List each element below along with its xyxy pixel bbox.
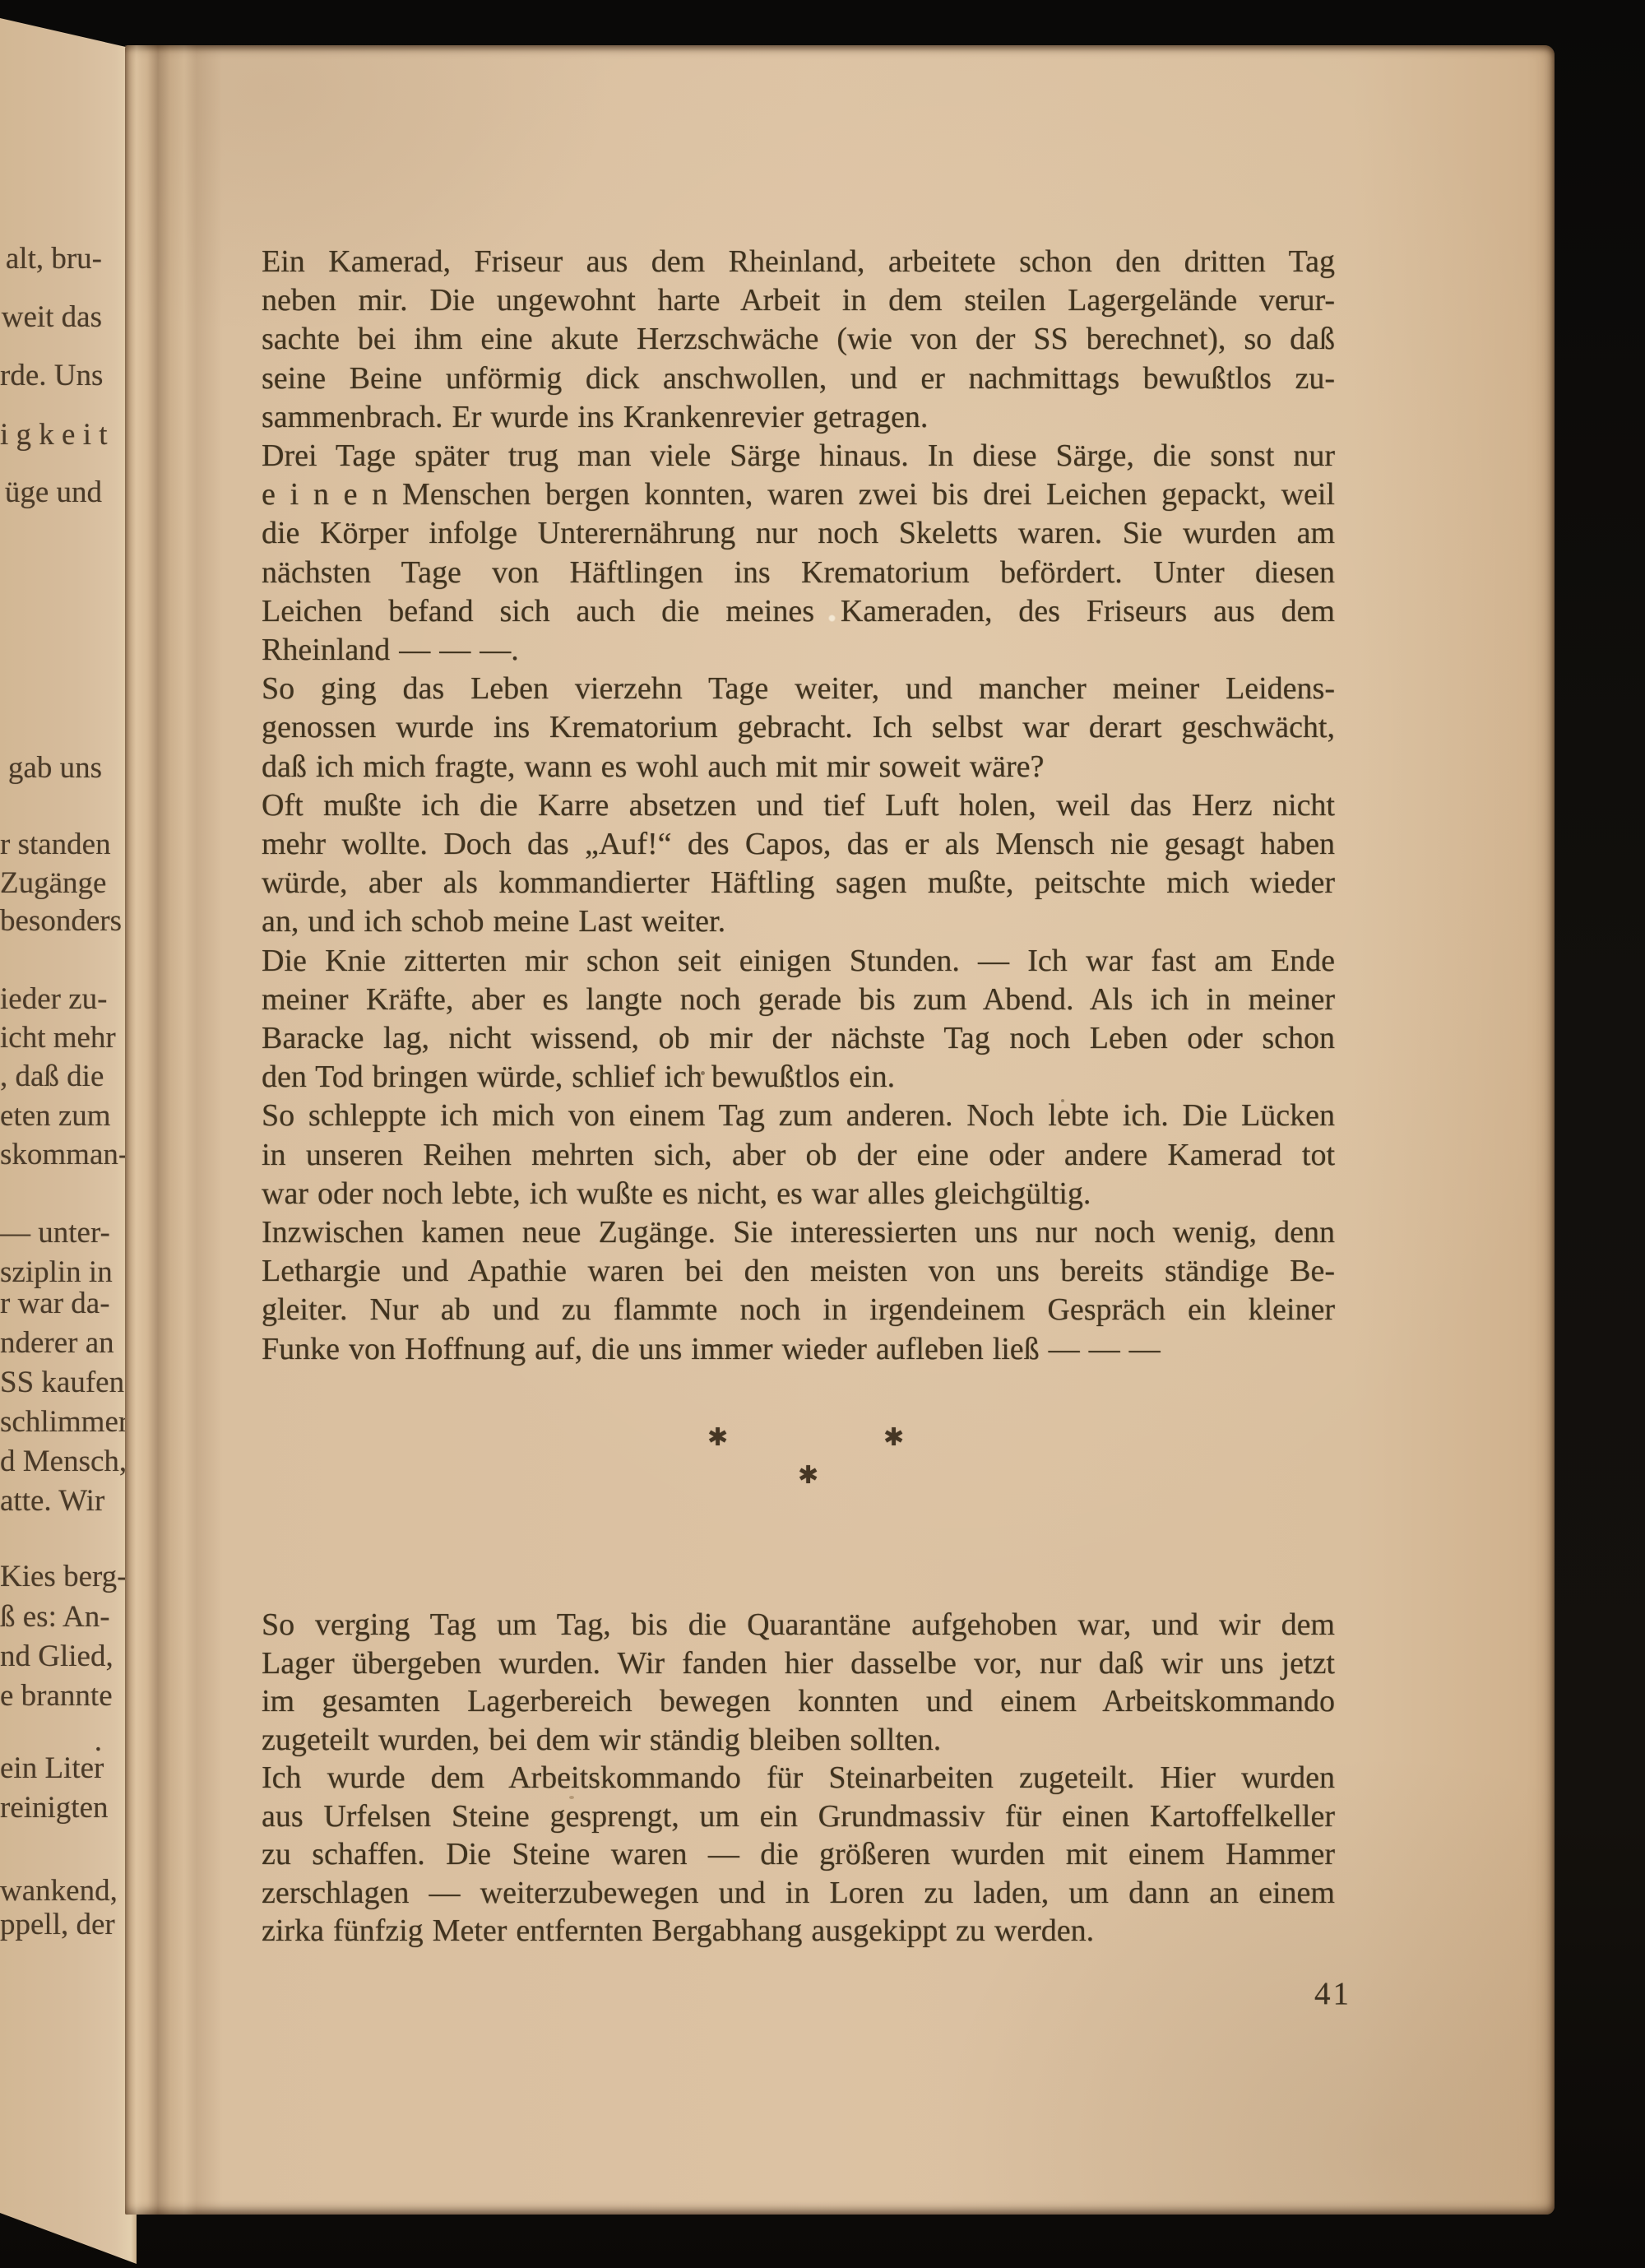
- left-page-text-fragment: gab uns: [0, 750, 102, 786]
- paragraph: Oft mußte ich die Karre absetzen und tie…: [262, 786, 1335, 942]
- left-page-text-fragment: Zugänge: [0, 865, 102, 902]
- paragraph: So verging Tag um Tag, bis die Quarantän…: [262, 1606, 1335, 1759]
- left-page-text-fragment: atte. Wir: [0, 1483, 102, 1519]
- left-page-text-fragment: besonders: [0, 903, 102, 939]
- left-page-text-fragment: üge und: [0, 475, 102, 511]
- text-line: So ging das Leben vierzehn Tage weiter, …: [262, 670, 1335, 708]
- text-line: daß ich mich fragte, wann es wohl auch m…: [262, 748, 1335, 786]
- text-line: So schleppte ich mich von einem Tag zum …: [262, 1097, 1335, 1135]
- text-line: Rheinland — — —.: [262, 631, 1335, 670]
- left-page-text-fragment: reinigten: [0, 1790, 102, 1826]
- divider-star: ✱: [883, 1426, 904, 1450]
- text-line: Lethargie und Apathie waren bei den meis…: [262, 1252, 1335, 1291]
- text-line: würde, aber als kommandierter Häftling s…: [262, 864, 1335, 902]
- text-line: gleiter. Nur ab und zu flammte noch in i…: [262, 1291, 1335, 1329]
- left-page-text-fragment: schlimmer: [0, 1404, 102, 1440]
- text-line: den Tod bringen würde, schlief ich bewuß…: [262, 1058, 1335, 1097]
- text-line: sachte bei ihm eine akute Herzschwäche (…: [262, 320, 1335, 359]
- left-page-text-fragment: Kies berg-: [0, 1559, 102, 1595]
- book-scan: alt, bru-weit dasrde. Unsi g k e i tüge …: [0, 0, 1645, 2268]
- text-line: zerschlagen — weiterzubewegen und in Lor…: [262, 1874, 1335, 1913]
- text-line: Ich wurde dem Arbeitskommando für Steina…: [262, 1759, 1335, 1797]
- main-text-block-2: So verging Tag um Tag, bis die Quarantän…: [262, 1606, 1335, 1950]
- text-line: Baracke lag, nicht wissend, ob mir der n…: [262, 1019, 1335, 1058]
- text-line: genossen wurde ins Krematorium gebracht.…: [262, 708, 1335, 747]
- book-page: Ein Kamerad, Friseur aus dem Rheinland, …: [125, 45, 1555, 2215]
- left-page-text-fragment: — unter-: [0, 1215, 102, 1251]
- left-page-text-fragment: weit das: [0, 299, 102, 336]
- divider-star: ✱: [798, 1463, 818, 1488]
- left-page-text-fragment: eten zum: [0, 1098, 102, 1134]
- left-page-text-fragment: ein Liter: [0, 1751, 102, 1787]
- left-page-text-fragment: r war da-: [0, 1286, 102, 1322]
- left-page-text-fragment: nd Glied,: [0, 1639, 102, 1675]
- text-line: die Körper infolge Unterernährung nur no…: [262, 514, 1335, 553]
- text-line: Drei Tage später trug man viele Särge hi…: [262, 437, 1335, 475]
- left-page-text-fragment: ß es: An-: [0, 1599, 102, 1635]
- paragraph: Inzwischen kamen neue Zugänge. Sie inter…: [262, 1213, 1335, 1369]
- text-line: Die Knie zitterten mir schon seit einige…: [262, 942, 1335, 981]
- text-line: Leichen befand sich auch die meines Kame…: [262, 592, 1335, 631]
- paragraph: So schleppte ich mich von einem Tag zum …: [262, 1097, 1335, 1213]
- text-line: aus Urfelsen Steine gesprengt, um ein Gr…: [262, 1797, 1335, 1836]
- text-line: zugeteilt wurden, bei dem wir ständig bl…: [262, 1721, 1335, 1760]
- book-gutter-shadow: [125, 45, 224, 2215]
- text-line: Lager übergeben wurden. Wir fanden hier …: [262, 1644, 1335, 1683]
- text-line: sammenbrach. Er wurde ins Krankenrevier …: [262, 398, 1335, 437]
- left-page-edge: alt, bru-weit dasrde. Unsi g k e i tüge …: [0, 0, 137, 2268]
- paragraph: Ich wurde dem Arbeitskommando für Steina…: [262, 1759, 1335, 1950]
- text-line: Oft mußte ich die Karre absetzen und tie…: [262, 786, 1335, 825]
- text-line: nächsten Tage von Häftlingen ins Kremato…: [262, 554, 1335, 592]
- text-line: zirka fünfzig Meter entfernten Bergabhan…: [262, 1912, 1335, 1950]
- text-line: Inzwischen kamen neue Zugänge. Sie inter…: [262, 1213, 1335, 1252]
- main-text-block-1: Ein Kamerad, Friseur aus dem Rheinland, …: [262, 243, 1335, 1369]
- text-line: So verging Tag um Tag, bis die Quarantän…: [262, 1606, 1335, 1644]
- text-line: war oder noch lebte, ich wußte es nicht,…: [262, 1175, 1335, 1213]
- paragraph: Drei Tage später trug man viele Särge hi…: [262, 437, 1335, 670]
- text-line: mehr wollte. Doch das „Auf!“ des Capos, …: [262, 825, 1335, 864]
- text-line: seine Beine unförmig dick anschwollen, u…: [262, 359, 1335, 398]
- text-line: meiner Kräfte, aber es langte noch gerad…: [262, 981, 1335, 1019]
- paragraph: Die Knie zitterten mir schon seit einige…: [262, 942, 1335, 1097]
- divider-star: ✱: [707, 1426, 728, 1450]
- text-line: im gesamten Lagerbereich bewegen konnten…: [262, 1682, 1335, 1721]
- left-page-text-fragment: , daß die: [0, 1059, 102, 1095]
- left-page-text-fragment: skomman-: [0, 1137, 102, 1173]
- left-page-text-fragment: rde. Uns: [0, 358, 102, 394]
- left-page-text-fragment: icht mehr: [0, 1020, 102, 1056]
- left-page-text-fragment: SS kaufen: [0, 1365, 102, 1401]
- paragraph: So ging das Leben vierzehn Tage weiter, …: [262, 670, 1335, 786]
- text-line: neben mir. Die ungewohnt harte Arbeit in…: [262, 281, 1335, 320]
- left-page-text-fragment: e brannte: [0, 1678, 102, 1714]
- text-line: zu schaffen. Die Steine waren — die größ…: [262, 1835, 1335, 1874]
- left-page-text-fragment: r standen: [0, 827, 102, 863]
- left-page-text-fragment: ppell, der: [0, 1907, 102, 1943]
- paragraph: Ein Kamerad, Friseur aus dem Rheinland, …: [262, 243, 1335, 437]
- text-line: Funke von Hoffnung auf, die uns immer wi…: [262, 1330, 1335, 1369]
- left-page-text-fragment: alt, bru-: [0, 241, 102, 277]
- left-page-text-fragment: i g k e i t: [0, 417, 102, 453]
- text-line: Ein Kamerad, Friseur aus dem Rheinland, …: [262, 243, 1335, 281]
- left-page-text-fragment: nderer an: [0, 1325, 102, 1361]
- text-line: an, und ich schob meine Last weiter.: [262, 902, 1335, 941]
- text-line: in unseren Reihen mehrten sich, aber ob …: [262, 1136, 1335, 1175]
- left-page-text-fragment: wankend,: [0, 1873, 102, 1909]
- left-page-text-fragment: ieder zu-: [0, 981, 102, 1018]
- left-page-text-fragment: d Mensch,: [0, 1444, 102, 1480]
- text-line: e i n e n Menschen bergen konnten, waren…: [262, 475, 1335, 514]
- page-number: 41: [1314, 1975, 1351, 2012]
